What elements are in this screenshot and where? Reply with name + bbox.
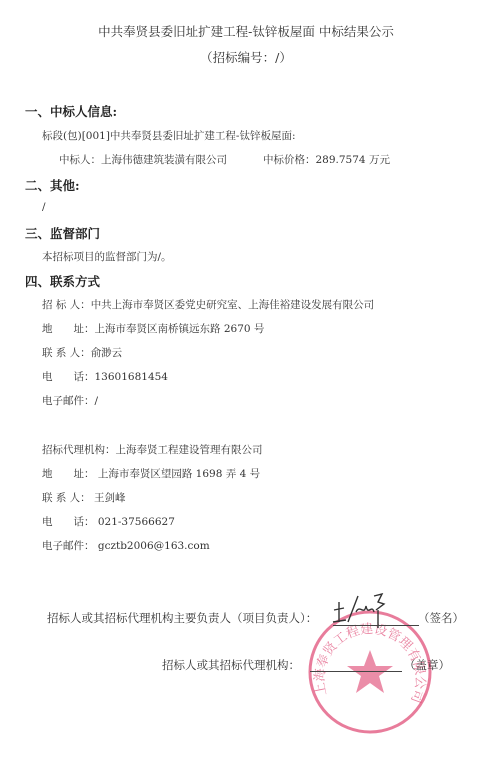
tenderer-phone-row: 电 话：13601681454 xyxy=(42,369,168,384)
price-label: 中标价格： xyxy=(263,154,316,166)
seal-suffix: （盖章） xyxy=(404,657,450,673)
agency-contact: 王剑峰 xyxy=(94,492,126,504)
lot-name: 标段(包)[001]中共奉贤县委旧址扩建工程-钛锌板屋面: xyxy=(42,128,296,143)
section2-heading: 二、其他: xyxy=(25,176,80,194)
winner-row: 中标人：上海伟德建筑装潢有限公司 xyxy=(59,152,227,167)
agency-address: 上海市奉贤区望园路 1698 弄 4 号 xyxy=(98,468,260,480)
agency-name-row: 招标代理机构：上海奉贤工程建设管理有限公司 xyxy=(42,442,263,457)
handwritten-signature-icon xyxy=(330,592,390,632)
signature-line xyxy=(333,625,419,626)
agency-name-label: 招标代理机构： xyxy=(42,444,116,456)
agency-address-row: 地 址： 上海市奉贤区望园路 1698 弄 4 号 xyxy=(42,466,260,481)
document-title: 中共奉贤县委旧址扩建工程-钛锌板屋面 中标结果公示 xyxy=(0,22,492,40)
agency-email: gcztb2006@163.com xyxy=(98,540,210,552)
winner-label: 中标人： xyxy=(59,154,101,166)
section1-heading: 一、中标人信息: xyxy=(25,102,117,120)
agency-name: 上海奉贤工程建设管理有限公司 xyxy=(116,444,263,456)
agency-email-row: 电子邮件： gcztb2006@163.com xyxy=(42,538,210,553)
agency-contact-row: 联 系 人： 王剑峰 xyxy=(42,490,126,505)
tenderer-phone-label: 电 话： xyxy=(42,371,95,383)
tenderer-address: 上海市奉贤区南桥镇远东路 2670 号 xyxy=(95,323,265,335)
tenderer-email-label: 电子邮件： xyxy=(42,395,95,407)
person-signature-label: 招标人或其招标代理机构主要负责人（项目负责人）： xyxy=(47,610,317,626)
section4-heading: 四、联系方式 xyxy=(25,272,100,290)
agency-address-label: 地 址： xyxy=(42,468,95,480)
tenderer-email-row: 电子邮件：/ xyxy=(42,393,98,408)
tenderer-address-row: 地 址：上海市奉贤区南桥镇远东路 2670 号 xyxy=(42,321,264,336)
tenderer-contact-row: 联 系 人：俞渺云 xyxy=(42,345,122,360)
signature-suffix: （签名） xyxy=(418,610,464,626)
agency-email-label: 电子邮件： xyxy=(42,540,95,552)
seal-line xyxy=(310,671,402,672)
price-value: 289.7574 万元 xyxy=(316,154,390,166)
tenderer-name: 中共上海市奉贤区委党史研究室、上海佳裕建设发展有限公司 xyxy=(91,299,375,311)
price-row: 中标价格：289.7574 万元 xyxy=(263,152,390,167)
tenderer-name-label: 招 标 人： xyxy=(42,299,91,311)
org-seal-label: 招标人或其招标代理机构： xyxy=(162,657,300,673)
agency-phone-label: 电 话： xyxy=(42,516,95,528)
tenderer-email: / xyxy=(95,395,99,407)
agency-phone: 021-37566627 xyxy=(98,516,175,528)
section3-content: 本招标项目的监督部门为/。 xyxy=(42,249,172,264)
tenderer-address-label: 地 址： xyxy=(42,323,95,335)
tenderer-contact: 俞渺云 xyxy=(91,347,123,359)
section2-content: / xyxy=(42,201,46,213)
tenderer-contact-label: 联 系 人： xyxy=(42,347,91,359)
winner-name: 上海伟德建筑装潢有限公司 xyxy=(101,154,227,166)
tenderer-name-row: 招 标 人：中共上海市奉贤区委党史研究室、上海佳裕建设发展有限公司 xyxy=(42,297,374,312)
tenderer-phone: 13601681454 xyxy=(95,371,169,383)
document-subtitle: （招标编号：/） xyxy=(0,48,492,66)
agency-phone-row: 电 话： 021-37566627 xyxy=(42,514,175,529)
section3-heading: 三、监督部门 xyxy=(25,224,100,242)
agency-contact-label: 联 系 人： xyxy=(42,492,91,504)
